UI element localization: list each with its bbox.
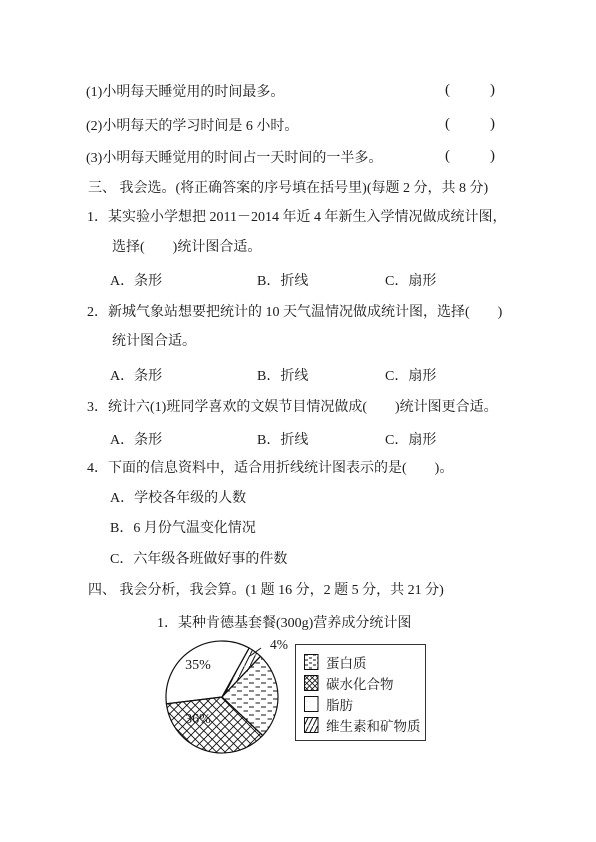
q1-line1: 1．某实验小学想把 2011－2014 年近 4 年新生入学情况做成统计图， — [87, 209, 506, 227]
answer-bracket-3: ( ) — [445, 148, 495, 165]
legend-row-protein: 蛋白质 — [304, 651, 425, 672]
answer-bracket-2: ( ) — [445, 116, 495, 133]
q4-option-a: A．学校各年级的人数 — [110, 490, 246, 508]
bracket-open: ( — [445, 148, 450, 165]
pie-chart-svg: 35% 36% 4% — [140, 633, 320, 758]
q3-option-c: C．扇形 — [385, 429, 436, 449]
bracket-open: ( — [445, 82, 450, 99]
q2-options: A．条形 B．折线 C．扇形 — [0, 365, 596, 383]
legend-row-vitamins: 维生素和矿物质 — [304, 714, 425, 735]
pie-chart-title: 1．某种肯德基套餐(300g)营养成分统计图 — [157, 615, 411, 633]
legend-label-carbs: 碳水化合物 — [326, 673, 394, 693]
q3-option-a: A．条形 — [110, 429, 162, 449]
q1-line2: 选择( )统计图合适。 — [112, 239, 261, 257]
pie-legend: 蛋白质 碳水化合物 脂肪 — [295, 644, 426, 741]
pie-label-vitamins: 4% — [270, 637, 288, 652]
answer-bracket-1: ( ) — [445, 82, 495, 99]
judge-item-1: (1)小明每天睡觉用的时间最多。 — [86, 84, 284, 102]
legend-label-protein: 蛋白质 — [326, 652, 367, 672]
q2-option-c: C．扇形 — [385, 365, 436, 385]
bracket-open: ( — [445, 116, 450, 133]
q1-option-b: B．折线 — [257, 270, 308, 290]
q2-option-a: A．条形 — [110, 365, 162, 385]
pie-chart: 35% 36% 4% — [140, 633, 320, 758]
legend-swatch-plain-icon — [304, 696, 319, 712]
legend-swatch-crosshatch-icon — [304, 675, 319, 691]
pie-label-carbs: 36% — [185, 712, 211, 727]
q3-option-b: B．折线 — [257, 429, 308, 449]
bracket-close: ) — [490, 82, 495, 99]
q3-options: A．条形 B．折线 C．扇形 — [0, 429, 596, 447]
q1-option-a: A．条形 — [110, 270, 162, 290]
judge-item-2: (2)小明每天的学习时间是 6 小时。 — [86, 118, 298, 136]
q2-line1: 2．新城气象站想要把统计的 10 天气温情况做成统计图，选择( ) — [87, 304, 502, 322]
legend-swatch-dashes-icon — [304, 654, 319, 670]
q4-option-b: B．6 月份气温变化情况 — [110, 520, 256, 538]
legend-row-carbs: 碳水化合物 — [304, 672, 425, 693]
bracket-close: ) — [490, 116, 495, 133]
q4-line1: 4．下面的信息资料中，适合用折线统计图表示的是( )。 — [87, 460, 453, 478]
q3-line1: 3．统计六(1)班同学喜欢的文娱节目情况做成( )统计图更合适。 — [87, 399, 498, 417]
q2-line2: 统计图合适。 — [112, 333, 196, 351]
q2-option-b: B．折线 — [257, 365, 308, 385]
exam-page: (1)小明每天睡觉用的时间最多。 ( ) (2)小明每天的学习时间是 6 小时。… — [0, 0, 596, 842]
q4-option-c: C．六年级各班做好事的件数 — [110, 551, 287, 569]
section4-heading: 四、 我会分析，我会算。(1 题 16 分，2 题 5 分，共 21 分) — [88, 582, 444, 600]
pie-label-fat: 35% — [185, 658, 211, 673]
q1-option-c: C．扇形 — [385, 270, 436, 290]
bracket-close: ) — [490, 148, 495, 165]
section3-heading: 三、 我会选。(将正确答案的序号填在括号里)(每题 2 分，共 8 分) — [88, 180, 488, 198]
legend-swatch-diagonal-icon — [304, 717, 319, 733]
legend-label-vitamins: 维生素和矿物质 — [326, 715, 421, 735]
legend-row-fat: 脂肪 — [304, 693, 425, 714]
legend-label-fat: 脂肪 — [326, 694, 353, 714]
judge-item-3: (3)小明每天睡觉用的时间占一天时间的一半多。 — [86, 150, 382, 168]
q1-options: A．条形 B．折线 C．扇形 — [0, 270, 596, 288]
